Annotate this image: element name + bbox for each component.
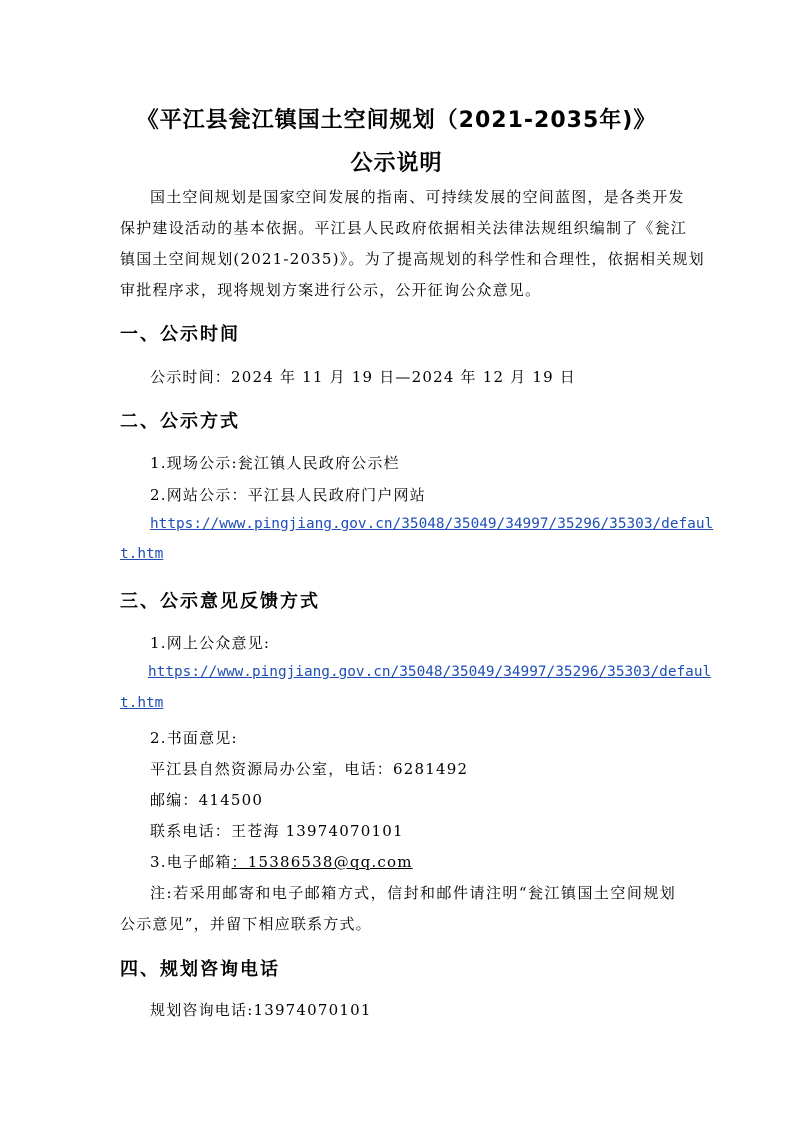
intro-line-1: 国土空间规划是国家空间发展的指南、可持续发展的空间蓝图，是各类开发 — [150, 186, 676, 207]
feedback-link[interactable]: https://www.pingjiang.gov.cn/35048/35049… — [148, 664, 711, 680]
section-heading-feedback: 三、公示意见反馈方式 — [120, 587, 320, 613]
note-line-2: 公示意见”，并留下相应联系方式。 — [120, 913, 372, 934]
intro-line-2: 保护建设活动的基本依据。平江县人民政府依据相关法律法规组织编制了《瓮江 — [120, 217, 676, 238]
intro-line-4: 审批程序求，现将规划方案进行公示，公开征询公众意见。 — [120, 279, 676, 300]
contact-phone: 联系电话：王苍海 13974070101 — [150, 820, 404, 841]
website-link[interactable]: https://www.pingjiang.gov.cn/35048/35049… — [150, 516, 713, 532]
website-link-continued[interactable]: t.htm — [120, 546, 163, 562]
method-onsite: 1.现场公示:瓮江镇人民政府公示栏 — [150, 452, 400, 473]
document-subtitle: 公示说明 — [0, 146, 793, 177]
consult-phone: 规划咨询电话:13974070101 — [150, 999, 372, 1020]
publicity-period: 公示时间：2024 年 11 月 19 日—2024 年 12 月 19 日 — [150, 366, 576, 387]
section-heading-method: 二、公示方式 — [120, 407, 240, 433]
office-phone: 平江县自然资源局办公室，电话：6281492 — [150, 758, 468, 779]
section-heading-consult: 四、规划咨询电话 — [120, 955, 280, 981]
email-label: 3.电子邮箱 — [150, 853, 232, 871]
postcode: 邮编：414500 — [150, 789, 263, 810]
intro-line-3: 镇国土空间规划(2021-2035)》。为了提高规划的科学性和合理性，依据相关规… — [120, 248, 676, 269]
feedback-online: 1.网上公众意见: — [150, 632, 270, 653]
document-title: 《平江县瓮江镇国土空间规划（2021-2035年)》 — [0, 103, 793, 134]
note-line-1: 注:若采用邮寄和电子邮箱方式，信封和邮件请注明“瓮江镇国土空间规划 — [150, 882, 676, 903]
method-website: 2.网站公示：平江县人民政府门户网站 — [150, 484, 426, 505]
feedback-written: 2.书面意见: — [150, 727, 238, 748]
document-page: 《平江县瓮江镇国土空间规划（2021-2035年)》 公示说明 国土空间规划是国… — [0, 0, 793, 1122]
email-address[interactable]: ：15386538@qq.com — [232, 853, 413, 871]
email-line: 3.电子邮箱：15386538@qq.com — [150, 851, 413, 872]
section-heading-time: 一、公示时间 — [120, 320, 240, 346]
feedback-link-continued[interactable]: t.htm — [120, 695, 163, 711]
